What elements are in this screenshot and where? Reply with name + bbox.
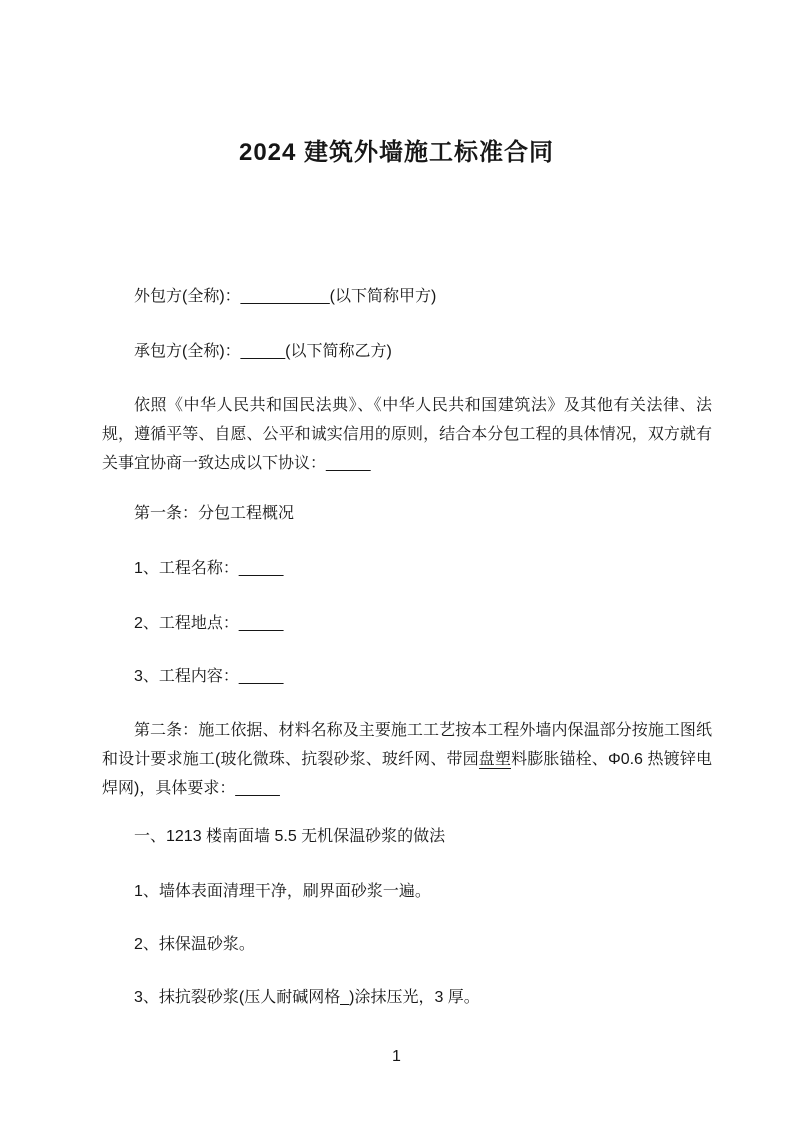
section-1-item-1: 1、墙体表面清理干净，刷界面砂浆一遍。 [102,881,712,903]
page-number: 1 [0,1046,793,1068]
article-2-paragraph: 第二条：施工依据、材料名称及主要施工工艺按本工程外墙内保温部分按施工图纸和设计要… [102,716,712,803]
preamble-paragraph: 依照《中华人民共和国民法典》、《中华人民共和国建筑法》及其他有关法律、法规，遵循… [102,391,712,478]
article-1-item-project-content: 3、工程内容：_____ [102,666,712,688]
section-1-item-2: 2、抹保温砂浆。 [102,934,712,956]
section-1-item-3: 3、抹抗裂砂浆(压人耐碱网格_)涂抹压光，3 厚。 [102,987,712,1009]
party-b-line: 承包方(全称)：_____(以下简称乙方) [102,341,712,363]
document-page: 2024 建筑外墙施工标准合同 外包方(全称)：__________(以下简称甲… [0,0,793,1122]
article-1-heading: 第一条：分包工程概况 [102,503,712,525]
article-1-item-project-location: 2、工程地点：_____ [102,613,712,635]
section-1-heading: 一、1213 楼南面墙 5.5 无机保温砂浆的做法 [102,826,712,848]
article-2-underlined-text: 盘塑 [479,751,511,769]
article-1-item-project-name: 1、工程名称：_____ [102,558,712,580]
party-a-line: 外包方(全称)：__________(以下简称甲方) [102,286,712,308]
document-title: 2024 建筑外墙施工标准合同 [0,136,793,170]
